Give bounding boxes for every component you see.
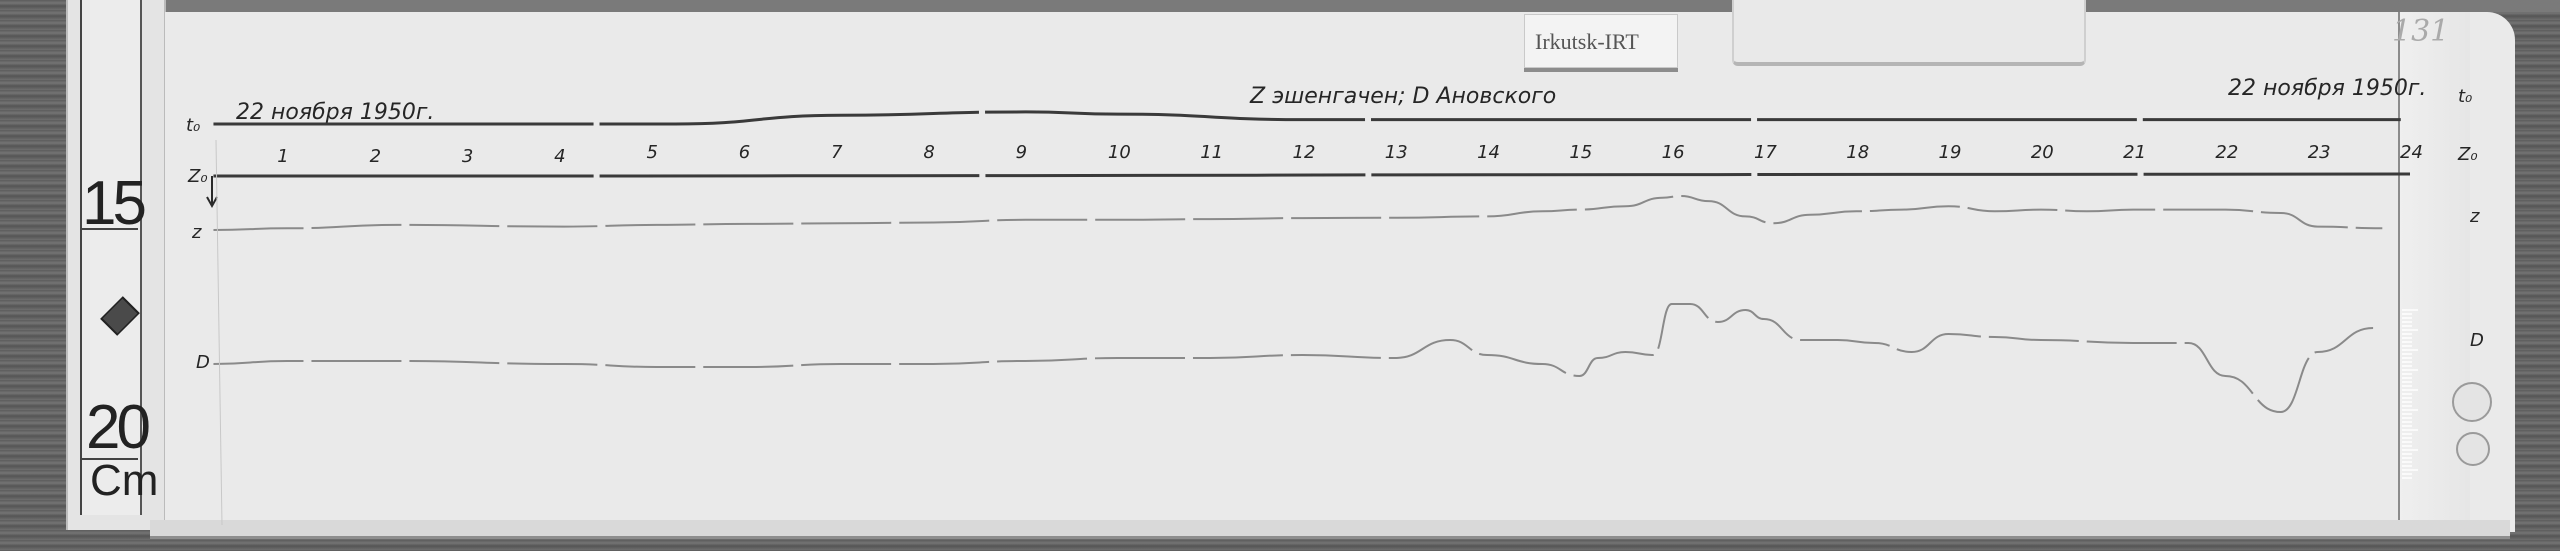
trace-z0	[213, 174, 2410, 176]
hour-tick-3: 3	[462, 146, 473, 167]
hour-tick-23: 23	[2308, 142, 2331, 163]
hour-tick-7: 7	[831, 142, 842, 163]
hour-tick-22: 22	[2215, 142, 2238, 163]
trace-d	[213, 304, 2373, 412]
trace-t0	[213, 112, 2400, 124]
hour-tick-9: 9	[1016, 142, 1027, 163]
hour-tick-8: 8	[923, 142, 934, 163]
hour-tick-13: 13	[1385, 142, 1408, 163]
hour-tick-5: 5	[646, 142, 657, 163]
hour-tick-19: 19	[1939, 142, 1962, 163]
trace-z	[213, 196, 2382, 230]
hour-tick-18: 18	[1846, 142, 1869, 163]
trace-plot	[0, 0, 2560, 551]
hour-tick-4: 4	[554, 146, 565, 167]
hour-tick-20: 20	[2031, 142, 2054, 163]
hour-tick-14: 14	[1477, 142, 1500, 163]
z-direction-arrow-icon	[207, 176, 217, 206]
hour-tick-24: 24	[2400, 142, 2423, 163]
hour-tick-6: 6	[739, 142, 750, 163]
hour-tick-10: 10	[1108, 142, 1131, 163]
hour-tick-2: 2	[370, 146, 381, 167]
hour-tick-17: 17	[1754, 142, 1777, 163]
hour-tick-16: 16	[1662, 142, 1685, 163]
hour-tick-12: 12	[1293, 142, 1316, 163]
hour-tick-21: 21	[2123, 142, 2146, 163]
hour-tick-1: 1	[277, 146, 288, 167]
hour-tick-11: 11	[1200, 142, 1223, 163]
hour-tick-15: 15	[1569, 142, 1592, 163]
